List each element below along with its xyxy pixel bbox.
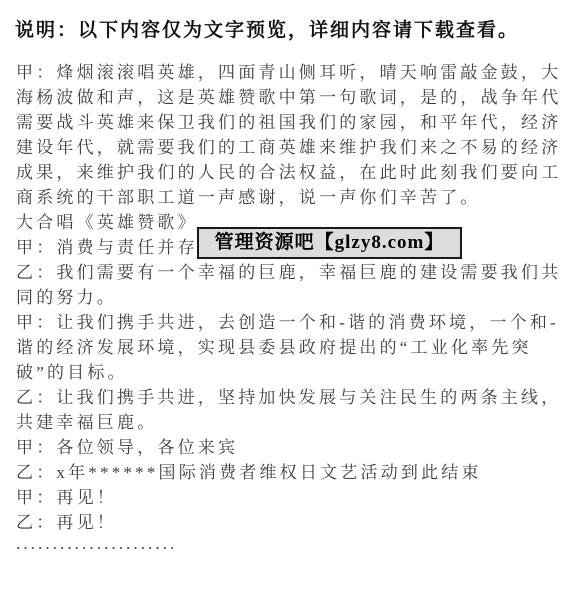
script-line: 乙：再见！	[16, 510, 578, 535]
script-line: 谐的经济发展环境，实现县委县政府提出的“工业化率先突	[16, 335, 578, 360]
script-line: 甲：各位领导，各位来宾	[16, 435, 578, 460]
script-line: 成果，来维护我们的人民的合法权益，在此时此刻我们要向工	[16, 160, 578, 185]
script-line: 甲：再见！	[16, 485, 578, 510]
script-line: 甲：让我们携手共进，去创造一个和-谐的消费环境，一个和-	[16, 310, 578, 335]
script-body: 甲：烽烟滚滚唱英雄，四面青山侧耳听，晴天响雷敲金鼓，大海杨波做和声，这是英雄赞歌…	[16, 60, 578, 560]
script-line: 同的努力。	[16, 285, 578, 310]
preview-notice: 说明：以下内容仅为文字预览，详细内容请下载查看。	[15, 18, 519, 44]
script-line: 海杨波做和声，这是英雄赞歌中第一句歌词，是的，战争年代	[16, 85, 578, 110]
script-line: 乙：让我们携手共进，坚持加快发展与关注民生的两条主线，	[16, 385, 578, 410]
script-line: 甲：烽烟滚滚唱英雄，四面青山侧耳听，晴天响雷敲金鼓，大	[16, 60, 578, 85]
script-line: 共建幸福巨鹿。	[16, 410, 578, 435]
script-line: 乙：x年******国际消费者维权日文艺活动到此结束	[16, 460, 578, 485]
script-line: 破”的目标。	[16, 360, 578, 385]
document-preview-page: 说明：以下内容仅为文字预览，详细内容请下载查看。 甲：烽烟滚滚唱英雄，四面青山侧…	[0, 0, 578, 600]
script-line: 乙：我们需要有一个幸福的巨鹿，幸福巨鹿的建设需要我们共	[16, 260, 578, 285]
script-line: 建设年代，就需要我们的工商英雄来维护我们来之不易的经济	[16, 135, 578, 160]
script-line: ······················	[16, 535, 578, 560]
script-line: 需要战斗英雄来保卫我们的祖国我们的家园，和平年代，经济	[16, 110, 578, 135]
script-line: 商系统的干部职工道一声感谢，说一声你们辛苦了。	[16, 185, 578, 210]
watermark-badge: 管理资源吧【glzy8.com】	[197, 227, 462, 259]
